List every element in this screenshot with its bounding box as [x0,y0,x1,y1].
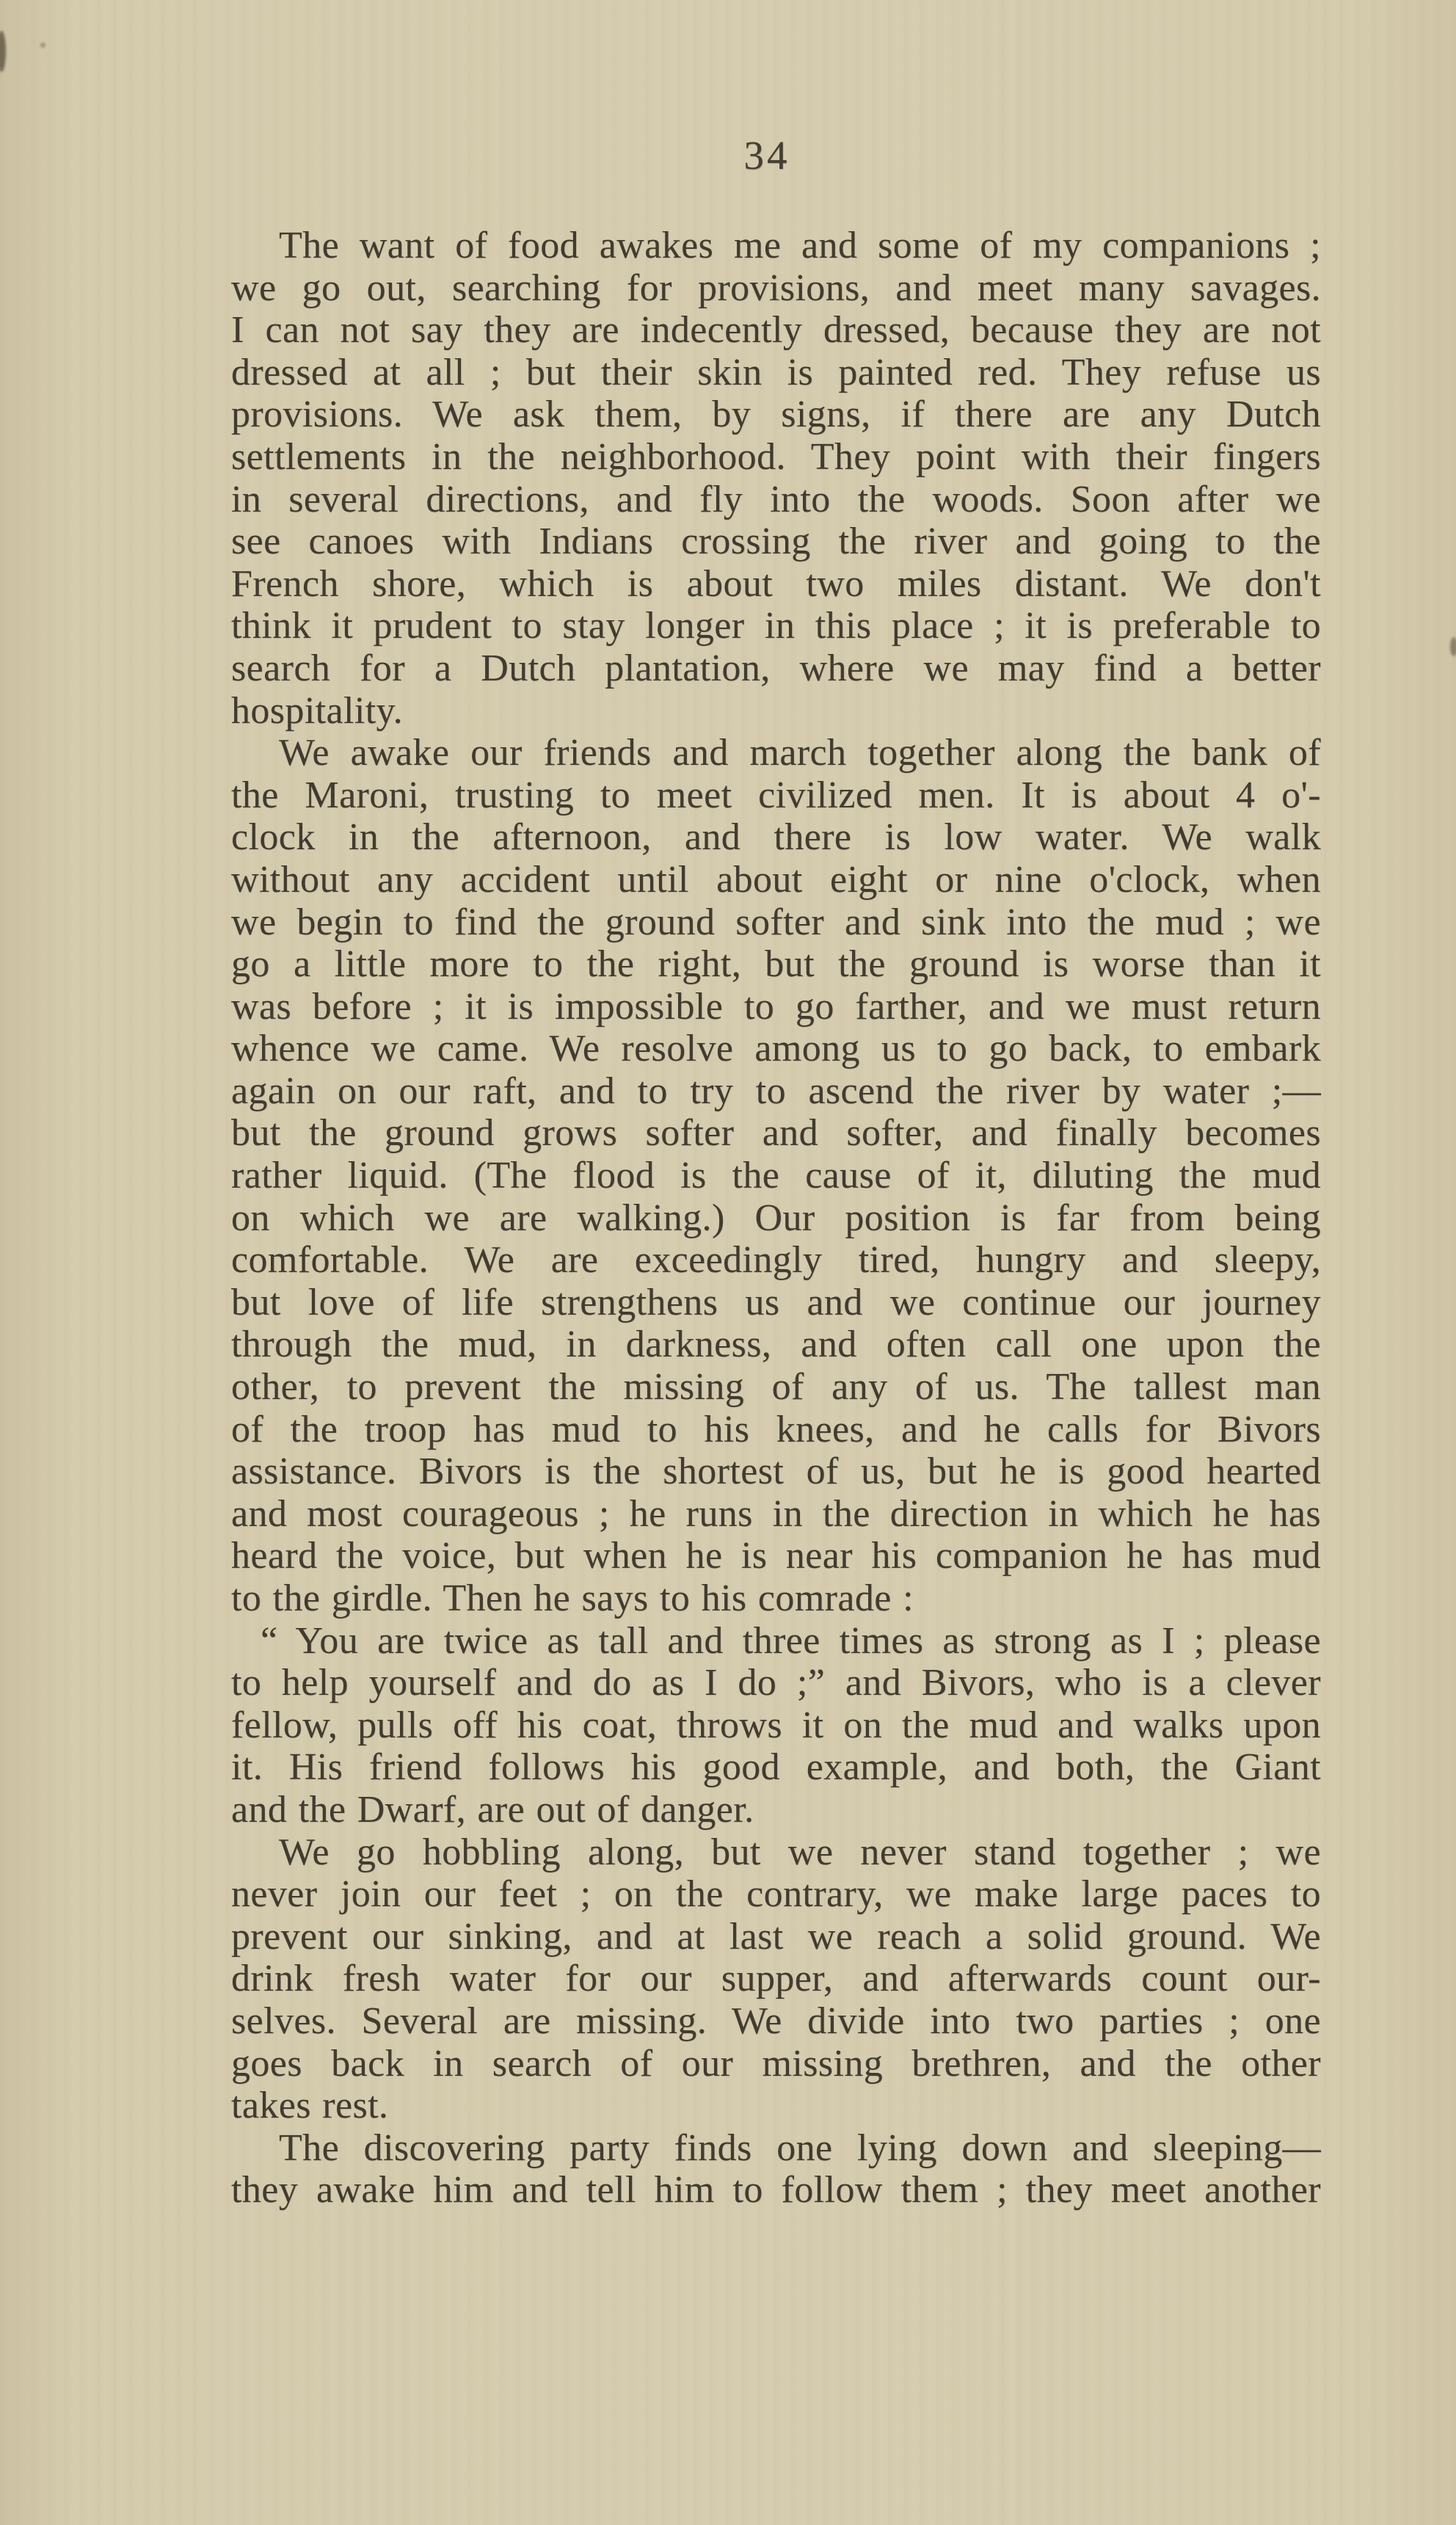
text-line: fellow, pulls off his coat, throws it on… [231,1704,1321,1747]
text-line: provisions. We ask them, by signs, if th… [231,393,1321,436]
text-line: clock in the afternoon, and there is low… [231,816,1321,859]
text-line: The want of food awakes me and some of m… [231,225,1321,267]
text-line: think it prudent to stay longer in this … [231,605,1321,647]
text-line: rather liquid. (The flood is the cause o… [231,1155,1321,1197]
text-line: I can not say they are indecently dresse… [231,309,1321,352]
text-line: we go out, searching for provisions, and… [231,267,1321,310]
text-line: prevent our sinking, and at last we reac… [231,1916,1321,1958]
text-line: The discovering party finds one lying do… [231,2127,1321,2170]
text-line: drink fresh water for our supper, and af… [231,1958,1321,2000]
text-line: hospitality. [231,690,1321,733]
text-line: and most courageous ; he runs in the dir… [231,1493,1321,1536]
text-line: to help yourself and do as I do ;” and B… [231,1662,1321,1704]
text-line: other, to prevent the missing of any of … [231,1366,1321,1409]
text-line: French shore, which is about two miles d… [231,563,1321,606]
book-page: 34 The want of food awakes me and some o… [0,0,1456,2525]
text-line: whence we came. We resolve among us to g… [231,1028,1321,1070]
text-line: see canoes with Indians crossing the riv… [231,520,1321,563]
text-line: without any accident until about eight o… [231,859,1321,901]
text-line: “ You are twice as tall and three times … [231,1620,1321,1663]
text-line: but love of life strengthens us and we c… [231,1282,1321,1324]
text-line: settlements in the neighborhood. They po… [231,436,1321,479]
paper-speck-left-edge [0,31,6,72]
text-line: selves. Several are missing. We divide i… [231,2000,1321,2043]
text-line: goes back in search of our missing breth… [231,2043,1321,2085]
text-line: to the girdle. Then he says to his comra… [231,1577,1321,1620]
text-line: of the troop has mud to his knees, and h… [231,1409,1321,1451]
text-line: go a little more to the right, but the g… [231,943,1321,986]
text-line: through the mud, in darkness, and often … [231,1323,1321,1366]
text-line: again on our raft, and to try to ascend … [231,1070,1321,1113]
text-line: but the ground grows softer and softer, … [231,1112,1321,1155]
text-line: search for a Dutch plantation, where we … [231,647,1321,690]
text-line: they awake him and tell him to follow th… [231,2169,1321,2212]
text-line: dressed at all ; but their skin is paint… [231,352,1321,394]
text-line: never join our feet ; on the contrary, w… [231,1873,1321,1916]
text-line: was before ; it is impossible to go fart… [231,986,1321,1028]
text-line: it. His friend follows his good example,… [231,1746,1321,1789]
text-line: heard the voice, but when he is near his… [231,1535,1321,1577]
text-line: comfortable. We are exceedingly tired, h… [231,1239,1321,1282]
text-line: we begin to find the ground softer and s… [231,901,1321,944]
paper-speck-left-small [40,43,45,48]
text-line: We go hobbling along, but we never stand… [231,1831,1321,1874]
text-line: assistance. Bivors is the shortest of us… [231,1450,1321,1493]
text-line: We awake our friends and march together … [231,732,1321,774]
page-number: 34 [39,132,1456,178]
text-line: in several directions, and fly into the … [231,479,1321,521]
page-text-block: The want of food awakes me and some of m… [231,225,1321,2212]
text-line: the Maroni, trusting to meet civilized m… [231,774,1321,817]
text-line: and the Dwarf, are out of danger. [231,1789,1321,1831]
paper-speck-right-edge [1450,637,1456,656]
text-line: on which we are walking.) Our position i… [231,1197,1321,1240]
text-line: takes rest. [231,2085,1321,2127]
